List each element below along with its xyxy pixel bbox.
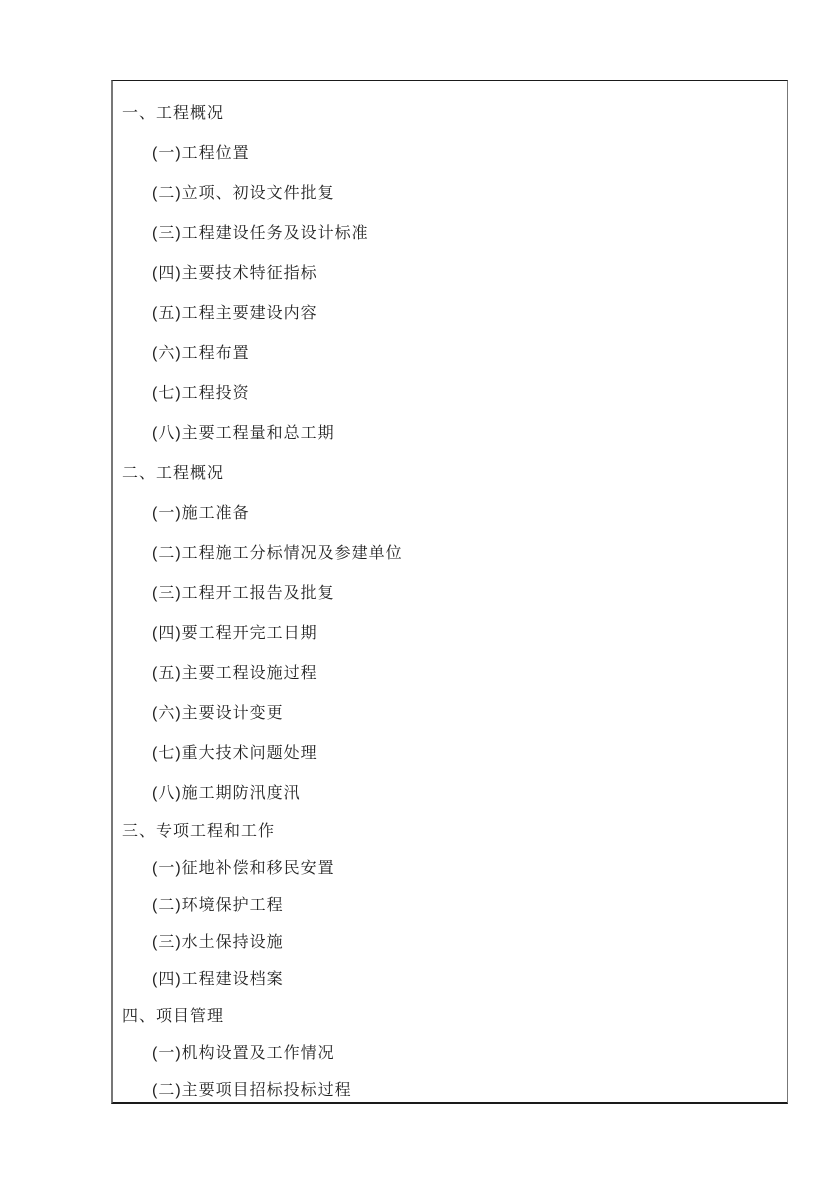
outline-subsection-item: (二)立项、初设文件批复 <box>113 171 787 211</box>
outline-subsection-item: (五)工程主要建设内容 <box>113 291 787 331</box>
outline-subsection-item: (五)主要工程设施过程 <box>113 651 787 691</box>
outline-subsection-item: (二)环境保护工程 <box>113 885 787 922</box>
outline-subsection-item: (一)施工准备 <box>113 491 787 531</box>
outline-subsection-item: (四)要工程开完工日期 <box>113 611 787 651</box>
outline-section-heading: 二、工程概况 <box>113 451 787 491</box>
document-page: 一、工程概况(一)工程位置(二)立项、初设文件批复(三)工程建设任务及设计标准(… <box>0 0 838 1186</box>
outline-subsection-item: (一)机构设置及工作情况 <box>113 1033 787 1070</box>
outline-subsection-item: (四)工程建设档案 <box>113 959 787 996</box>
outline-subsection-item: (一)工程位置 <box>113 131 787 171</box>
outline-subsection-item: (六)工程布置 <box>113 331 787 371</box>
outline-subsection-item: (三)工程开工报告及批复 <box>113 571 787 611</box>
outline-subsection-item: (三)水土保持设施 <box>113 922 787 959</box>
outline-section-heading: 三、专项工程和工作 <box>113 811 787 848</box>
outline-subsection-item: (二)主要项目招标投标过程 <box>113 1070 787 1104</box>
outline-subsection-item: (七)重大技术问题处理 <box>113 731 787 771</box>
outline-list: 一、工程概况(一)工程位置(二)立项、初设文件批复(三)工程建设任务及设计标准(… <box>113 91 787 1104</box>
outline-subsection-item: (七)工程投资 <box>113 371 787 411</box>
outline-frame: 一、工程概况(一)工程位置(二)立项、初设文件批复(三)工程建设任务及设计标准(… <box>111 80 788 1104</box>
outline-subsection-item: (六)主要设计变更 <box>113 691 787 731</box>
outline-subsection-item: (四)主要技术特征指标 <box>113 251 787 291</box>
outline-subsection-item: (二)工程施工分标情况及参建单位 <box>113 531 787 571</box>
outline-subsection-item: (三)工程建设任务及设计标准 <box>113 211 787 251</box>
outline-subsection-item: (八)施工期防汛度汛 <box>113 771 787 811</box>
outline-section-heading: 一、工程概况 <box>113 91 787 131</box>
outline-subsection-item: (一)征地补偿和移民安置 <box>113 848 787 885</box>
outline-subsection-item: (八)主要工程量和总工期 <box>113 411 787 451</box>
outline-section-heading: 四、项目管理 <box>113 996 787 1033</box>
